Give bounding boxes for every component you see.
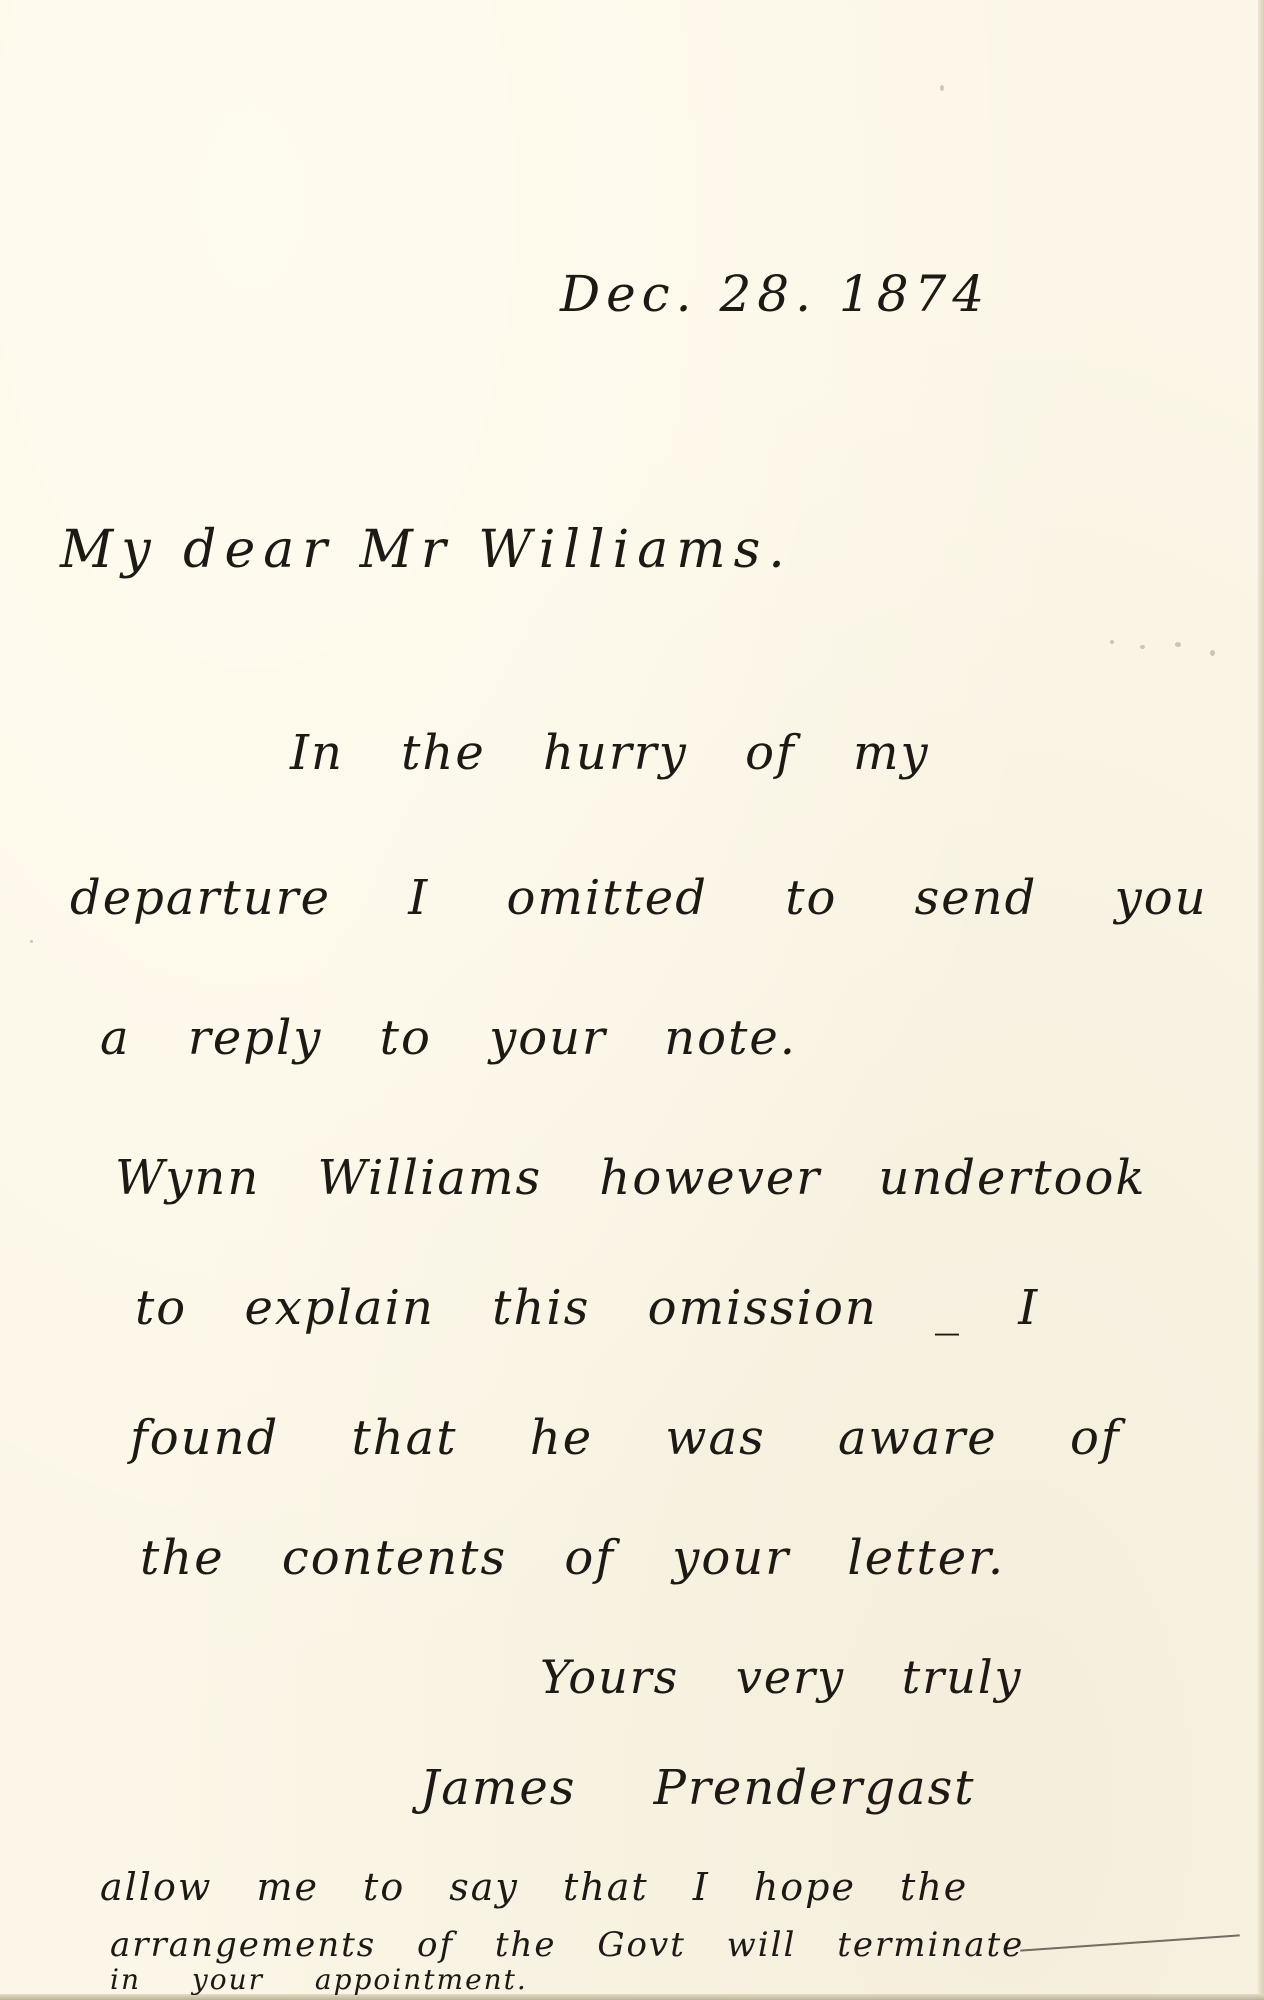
letter-page: Dec. 28. 1874 My dear Mr Williams. In th…: [0, 0, 1264, 2000]
body-line: a reply to your note.: [100, 1010, 797, 1066]
body-line: Wynn Williams however undertook: [115, 1150, 1147, 1206]
foxing-spot: [1210, 650, 1215, 656]
foxing-spot: [1140, 645, 1145, 649]
postscript-line: in your appointment.: [110, 1963, 528, 1996]
foxing-spot: [1175, 642, 1181, 647]
strikethrough-mark: [1020, 1934, 1240, 1951]
foxing-spot: [940, 85, 944, 91]
letter-date: Dec. 28. 1874: [560, 265, 990, 323]
body-line: the contents of your letter.: [140, 1530, 1005, 1586]
postscript-line: arrangements of the Govt will terminate: [110, 1925, 1024, 1965]
postscript-line: allow me to say that I hope the: [100, 1865, 968, 1909]
letter-salutation: My dear Mr Williams.: [60, 520, 793, 580]
body-line: found that he was aware of: [130, 1410, 1121, 1466]
letter-closing: Yours very truly: [540, 1650, 1023, 1704]
letter-signature: James Prendergast: [420, 1760, 976, 1816]
body-line: to explain this omission _ I: [135, 1280, 1039, 1336]
foxing-spot: [30, 940, 33, 943]
body-line: departure I omitted to send you: [70, 870, 1208, 926]
paper-edge-right: [1258, 0, 1264, 2000]
foxing-spot: [1110, 640, 1114, 644]
body-line: In the hurry of my: [290, 725, 930, 781]
